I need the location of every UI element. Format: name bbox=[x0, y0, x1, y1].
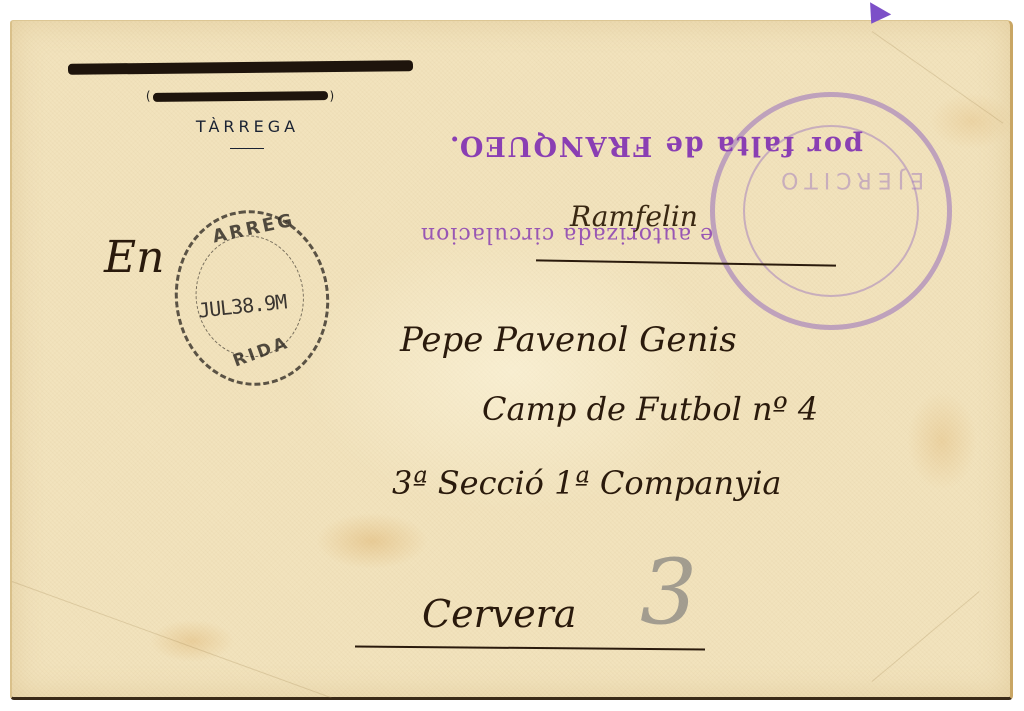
address-recipient-name: Pepe Pavenol Genis bbox=[400, 320, 737, 360]
letterhead-city: TÀRREGA bbox=[60, 117, 420, 136]
paren-close: ) bbox=[330, 89, 335, 103]
handwritten-salutation: En bbox=[104, 232, 164, 283]
address-line-unit: 3ª Secció 1ª Companyia bbox=[392, 464, 782, 502]
letterhead-rule bbox=[230, 148, 264, 149]
pencil-note: 3 bbox=[640, 540, 697, 645]
redacted-organization-name bbox=[67, 60, 412, 75]
address-line-camp: Camp de Futbol nº 4 bbox=[482, 390, 818, 428]
seal-text: EJERCITO bbox=[775, 167, 924, 192]
violet-seal: EJERCITO bbox=[710, 92, 952, 330]
fold-crease bbox=[872, 591, 980, 682]
paren-open: ( bbox=[146, 89, 151, 103]
address-destination-city: Cervera bbox=[422, 592, 577, 636]
stamp-postage-due-line: por falta de FRANQUEO. bbox=[448, 130, 863, 161]
letterhead: ( ) TÀRREGA bbox=[60, 62, 420, 149]
redacted-subline bbox=[152, 91, 327, 102]
handwritten-signature: Ramfelin bbox=[570, 200, 698, 233]
fold-crease bbox=[12, 581, 332, 698]
letterhead-subline: ( ) bbox=[60, 89, 420, 103]
